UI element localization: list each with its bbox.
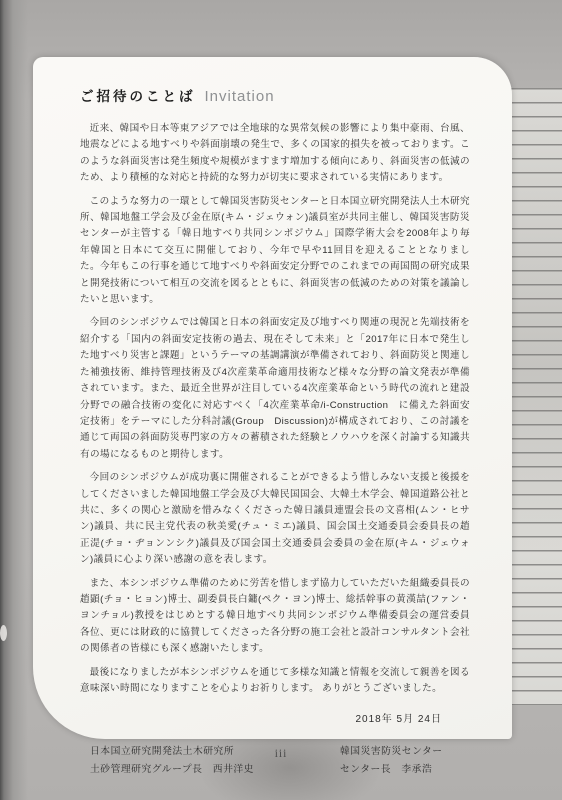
paragraph-3: 今回のシンポジウムでは韓国と日本の斜面安定及び地すべり関連の現況と先端技術を紹介… — [80, 315, 470, 463]
page-number: iii — [0, 748, 562, 760]
paragraph-2: このような努力の一環として韓国災害防災センターと日本国立研究開発法人土木研究所、… — [80, 194, 470, 309]
paragraph-6: 最後になりましたが本シンポジウムを通じて多様な知識と情報を交流して親善を図る意味… — [80, 665, 470, 698]
signature-right-person: センター長 李承浩 — [340, 761, 443, 779]
paragraph-4: 今回のシンポジウムが成功裏に開催されることができるよう惜しみない支援と後援をして… — [80, 470, 470, 568]
paragraph-5: また、本シンポジウム準備のために労苦を惜しまず協力していただいた組織委員長の趙顕… — [80, 576, 470, 658]
document-page: ご招待のことばInvitation 近来、韓国や日本等東アジアでは全地球的な異常… — [33, 57, 512, 739]
page-title-english: Invitation — [205, 88, 275, 105]
book-spine-shadow — [0, 0, 28, 800]
date-line: 2018年 5月 24日 — [80, 710, 470, 725]
page-title-row: ご招待のことばInvitation — [80, 72, 470, 109]
spine-highlight-speck — [0, 625, 7, 641]
scanned-book-background: ご招待のことばInvitation 近来、韓国や日本等東アジアでは全地球的な異常… — [0, 0, 562, 800]
signature-left-person: 土砂管理研究グループ長 西井洋史 — [90, 761, 340, 779]
paragraph-1: 近来、韓国や日本等東アジアでは全地球的な異常気候の影響により集中豪雨、台風、地震… — [80, 121, 470, 187]
page-title: ご招待のことば — [80, 89, 196, 104]
